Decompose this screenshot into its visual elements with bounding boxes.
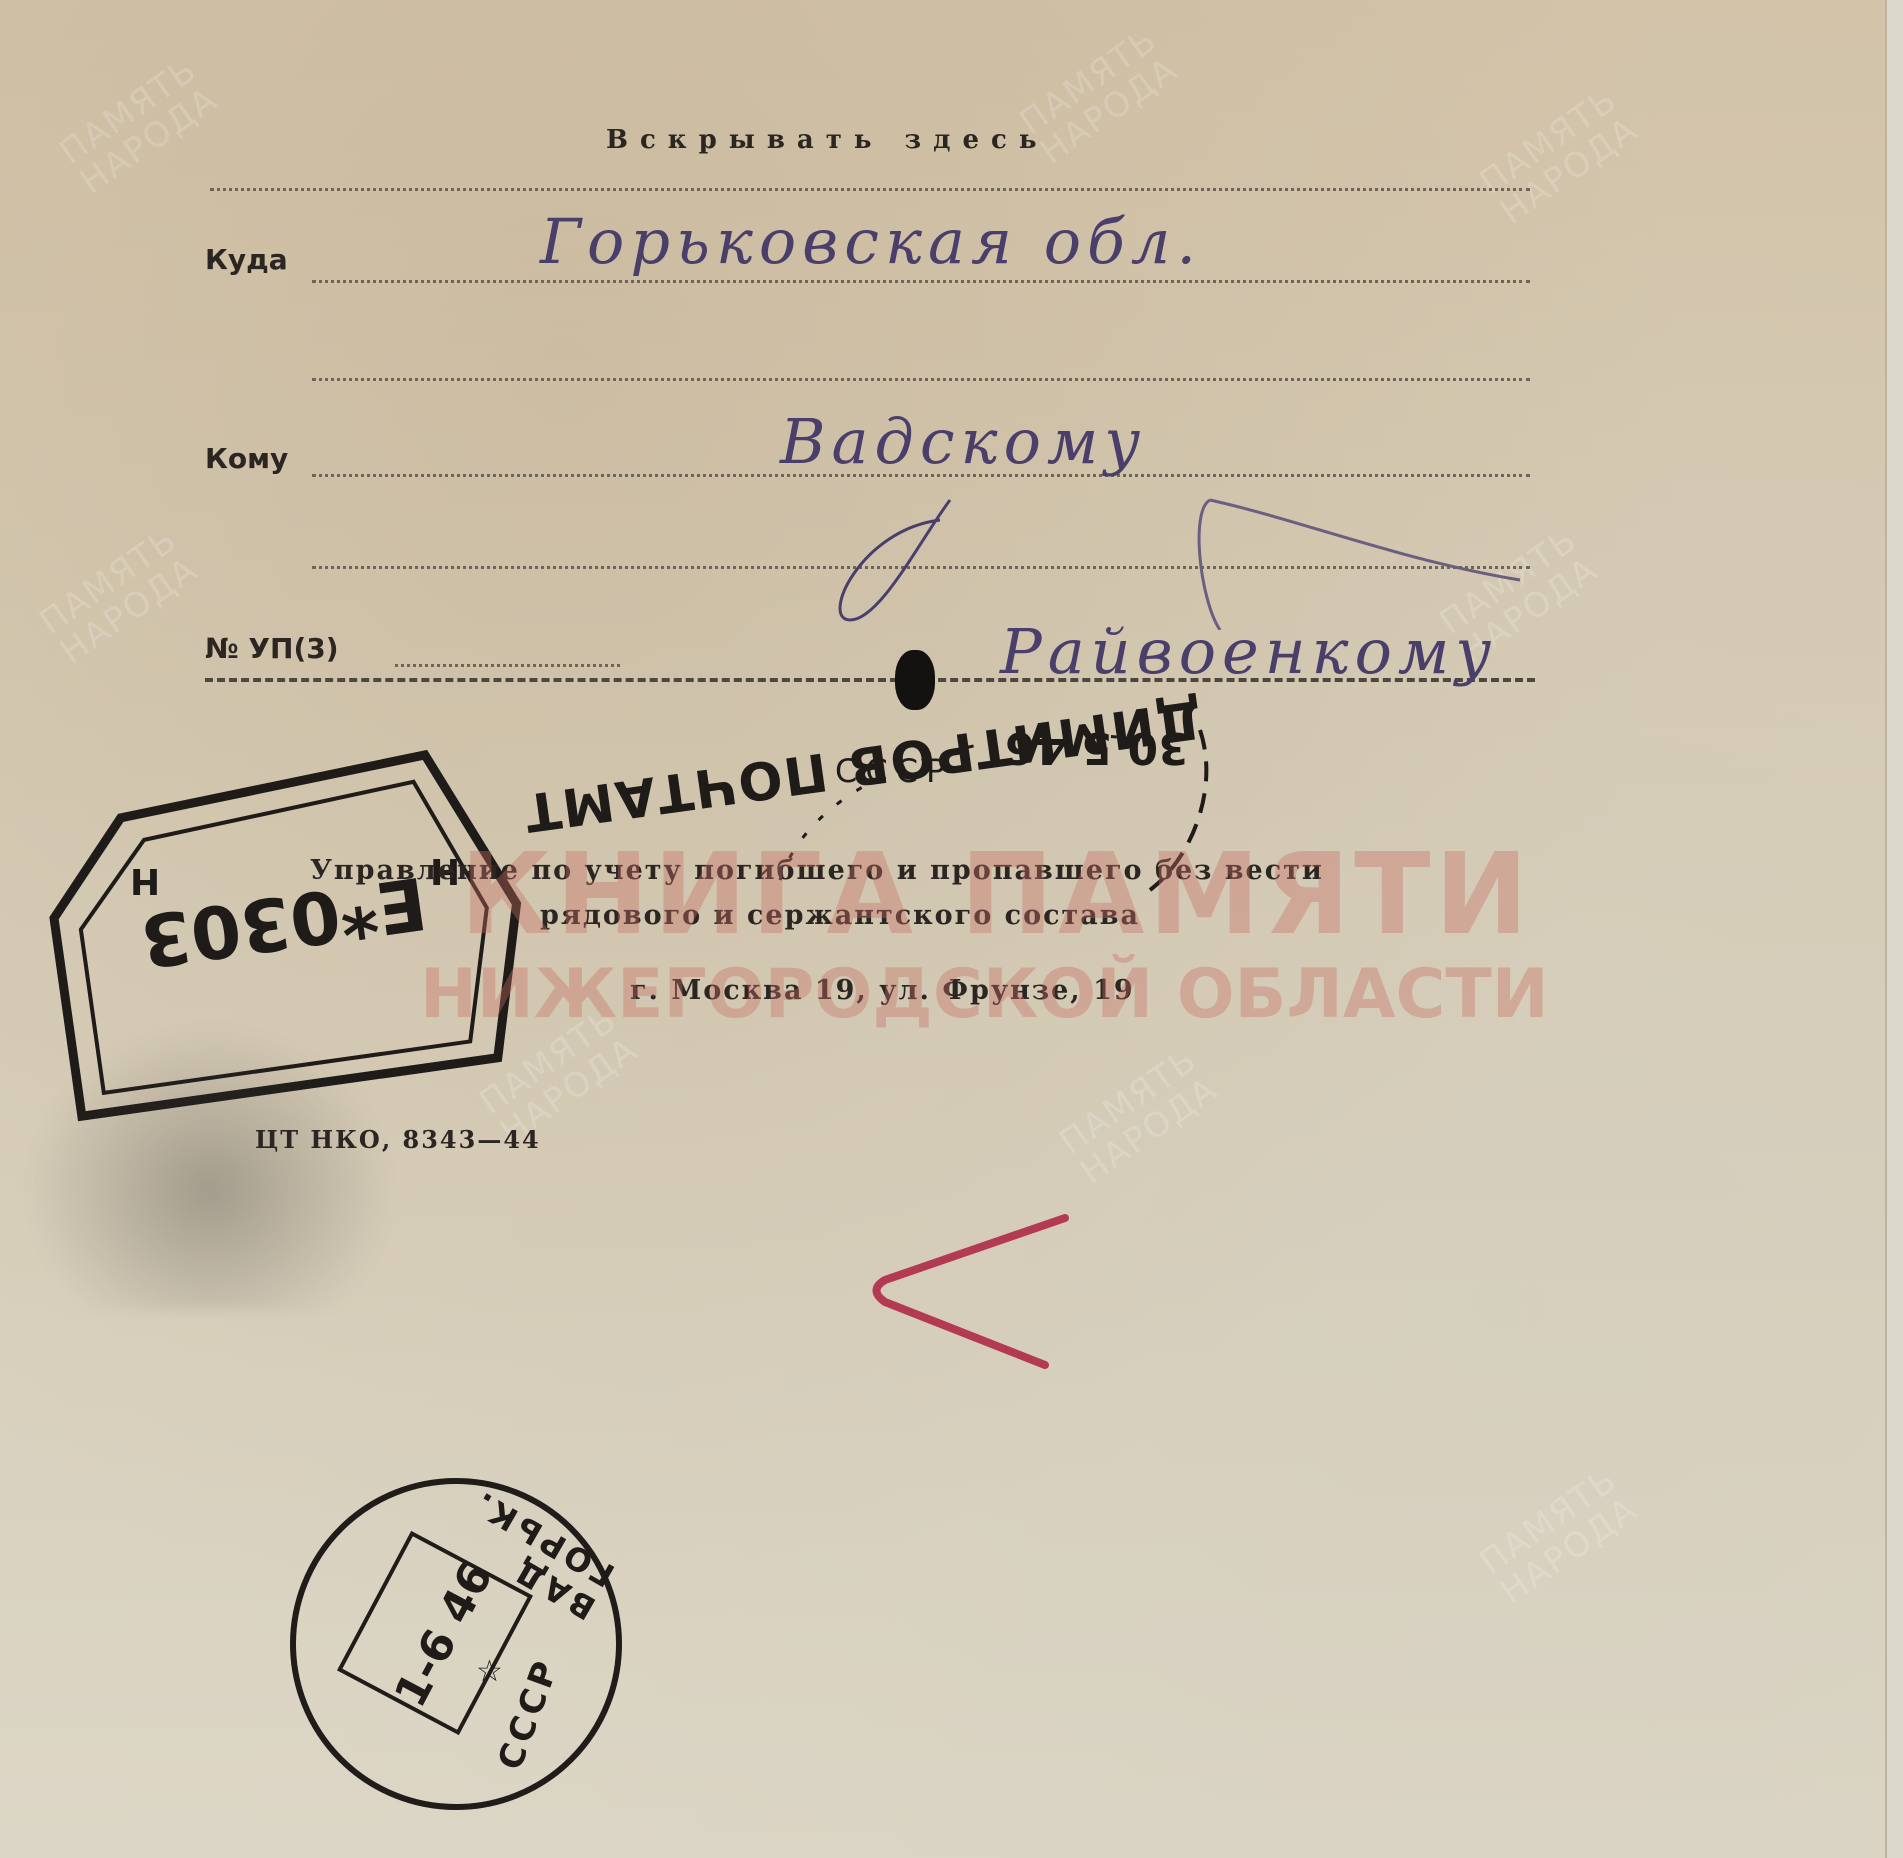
star-icon: ☆	[476, 1654, 503, 1689]
open-here-header: Вскрывать здесь	[606, 125, 1049, 155]
divider-line	[210, 188, 1530, 191]
signature-flourish	[800, 480, 1560, 630]
to-where-label: Куда	[205, 243, 288, 276]
postmark-bottom: 1-6 46 СССР ВАД ГОРЬК. ☆	[290, 1478, 622, 1810]
memory-book-watermark-line2: НИЖЕГОРОДСКОЙ ОБЛАСТИ	[420, 955, 1549, 1034]
to-whom-value: Вадскому	[780, 405, 1146, 478]
number-line	[395, 664, 620, 667]
number-label: № УП(3)	[205, 632, 339, 665]
red-check-mark	[860, 1210, 1080, 1370]
second-line-value: Райвоенкому	[1000, 615, 1497, 688]
to-where-line-2	[312, 378, 1530, 381]
print-mark: ЦТ НКО, 8343—44	[255, 1125, 541, 1154]
paper-edge	[1885, 0, 1903, 1858]
ink-smudge	[10, 1010, 410, 1310]
hex-stamp-letter: Н	[130, 860, 160, 901]
to-whom-label: Кому	[205, 442, 288, 475]
to-where-value: Горьковская обл.	[540, 205, 1202, 278]
memory-book-watermark-line1: КНИГА ПАМЯТИ	[460, 830, 1532, 960]
to-where-line	[312, 280, 1530, 283]
